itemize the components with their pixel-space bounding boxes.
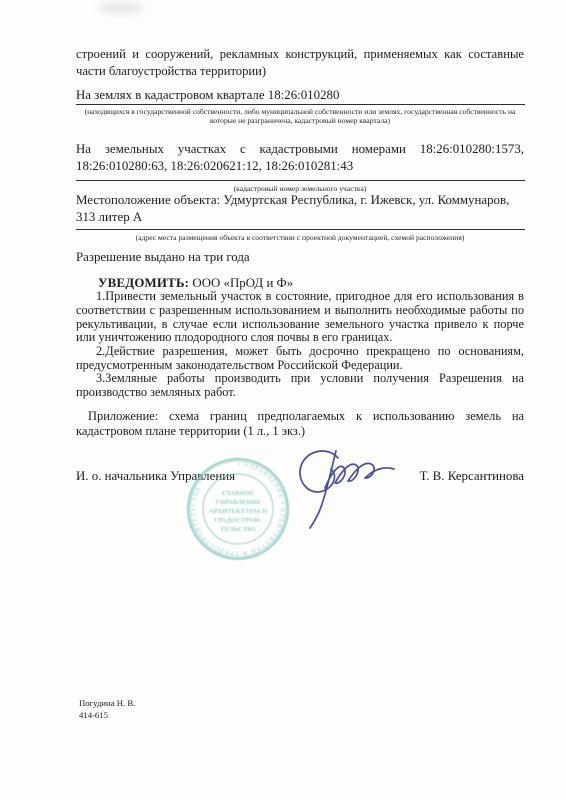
cadastral-quarter-caption: (находящихся в государственной собственн… bbox=[76, 107, 524, 125]
intro-paragraph: строений и сооружений, рекламных констру… bbox=[76, 46, 524, 79]
cadastral-quarter-line: На землях в кадастровом квартале 18:26:0… bbox=[76, 88, 524, 103]
parcel-numbers-line: На земельных участках с кадастровыми ном… bbox=[76, 141, 524, 174]
executor-name: Погудина Н. В. bbox=[79, 698, 135, 710]
svg-text:АРХИТЕКТУРЫ И: АРХИТЕКТУРЫ И bbox=[209, 508, 268, 515]
underline-parcel-numbers bbox=[76, 180, 525, 181]
handwritten-signature bbox=[286, 444, 398, 536]
condition-item-3: 3.Земляные работы производить при услови… bbox=[76, 372, 524, 400]
svg-text:ТЕЛЬСТВА: ТЕЛЬСТВА bbox=[220, 526, 256, 533]
svg-text:ГРАДОСТРОИ-: ГРАДОСТРОИ- bbox=[214, 517, 262, 524]
attachment-line: Приложение: схема границ предполагаемых … bbox=[76, 409, 524, 438]
svg-text:УПРАВЛЕНИЕ: УПРАВЛЕНИЕ bbox=[215, 499, 262, 506]
stamp-center-text: ГЛАВНОЕ УПРАВЛЕНИЕ АРХИТЕКТУРЫ И ГРАДОСТ… bbox=[209, 490, 268, 533]
scan-smudge bbox=[98, 2, 144, 14]
svg-text:ГЛАВНОЕ: ГЛАВНОЕ bbox=[222, 490, 255, 497]
underline-cadastral-quarter bbox=[76, 104, 525, 105]
location-caption: (адрес места размещения объекта в соотве… bbox=[76, 233, 524, 242]
underline-location bbox=[76, 229, 525, 230]
permit-validity-line: Разрешение выдано на три года bbox=[76, 250, 524, 265]
executor-phone: 414-615 bbox=[79, 710, 135, 722]
notify-value: ООО «ПрОД и Ф» bbox=[192, 276, 293, 290]
notify-label: УВЕДОМИТЬ: bbox=[98, 276, 189, 290]
signer-name: Т. В. Керсантинова bbox=[420, 469, 524, 484]
executor-footer: Погудина Н. В. 414-615 bbox=[79, 698, 135, 721]
official-round-stamp: • УПРАВЛЕНИЕ • АРХИТЕКТУРЫ И ГРАДОСТРОИТ… bbox=[185, 456, 291, 562]
scanned-document-page: строений и сооружений, рекламных констру… bbox=[0, 0, 566, 800]
object-location-line: Местоположение объекта: Удмуртская Респу… bbox=[76, 192, 524, 225]
condition-item-1: 1.Привести земельный участок в состояние… bbox=[76, 290, 524, 345]
condition-item-2: 2.Действие разрешения, может быть досроч… bbox=[76, 345, 524, 373]
